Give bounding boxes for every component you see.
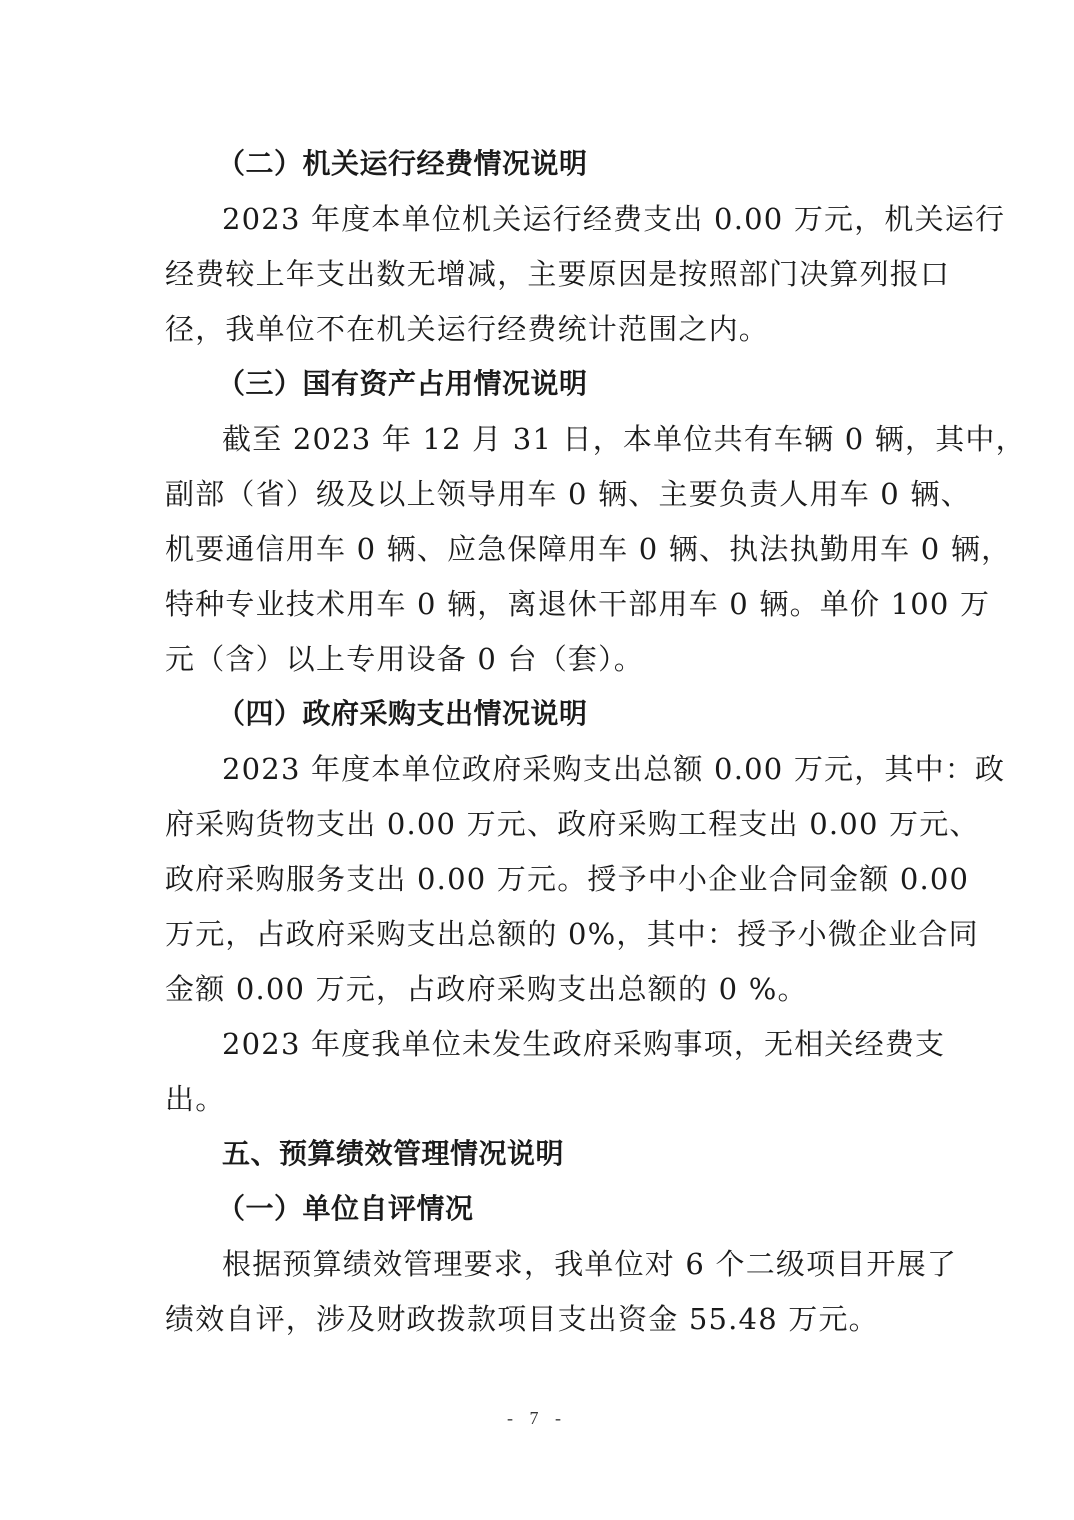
paragraph-line: 元（含）以上专用设备 0 台（套）。 <box>165 639 915 679</box>
paragraph-line: 2023 年度我单位未发生政府采购事项，无相关经费支 <box>165 1024 915 1064</box>
paragraph-line: 绩效自评，涉及财政拨款项目支出资金 55.48 万元。 <box>165 1299 915 1339</box>
section-heading-operating-expenses: （二）机关运行经费情况说明 <box>165 144 915 184</box>
paragraph-line: 径，我单位不在机关运行经费统计范围之内。 <box>165 309 915 349</box>
paragraph-line: 根据预算绩效管理要求，我单位对 6 个二级项目开展了 <box>165 1244 915 1284</box>
paragraph-line: 万元，占政府采购支出总额的 0%，其中：授予小微企业合同 <box>165 914 915 954</box>
paragraph-line: 府采购货物支出 0.00 万元、政府采购工程支出 0.00 万元、 <box>165 804 915 844</box>
section-heading-self-evaluation: （一）单位自评情况 <box>165 1189 915 1229</box>
paragraph-line: 出。 <box>165 1079 915 1119</box>
paragraph-line: 机要通信用车 0 辆、应急保障用车 0 辆、执法执勤用车 0 辆， <box>165 529 915 569</box>
paragraph-line: 2023 年度本单位政府采购支出总额 0.00 万元，其中：政 <box>165 749 915 789</box>
paragraph-line: 截至 2023 年 12 月 31 日，本单位共有车辆 0 辆，其中， <box>165 419 915 459</box>
chapter-heading-performance-management: 五、预算绩效管理情况说明 <box>165 1134 915 1174</box>
paragraph-line: 副部（省）级及以上领导用车 0 辆、主要负责人用车 0 辆、 <box>165 474 915 514</box>
page-number: - 7 - <box>0 1408 1074 1429</box>
paragraph-line: 特种专业技术用车 0 辆，离退休干部用车 0 辆。单价 100 万 <box>165 584 915 624</box>
paragraph-line: 金额 0.00 万元，占政府采购支出总额的 0 %。 <box>165 969 915 1009</box>
section-heading-procurement: （四）政府采购支出情况说明 <box>165 694 915 734</box>
paragraph-line: 经费较上年支出数无增减，主要原因是按照部门决算列报口 <box>165 254 915 294</box>
section-heading-state-assets: （三）国有资产占用情况说明 <box>165 364 915 404</box>
paragraph-line: 政府采购服务支出 0.00 万元。授予中小企业合同金额 0.00 <box>165 859 915 899</box>
paragraph-line: 2023 年度本单位机关运行经费支出 0.00 万元，机关运行 <box>165 199 915 239</box>
